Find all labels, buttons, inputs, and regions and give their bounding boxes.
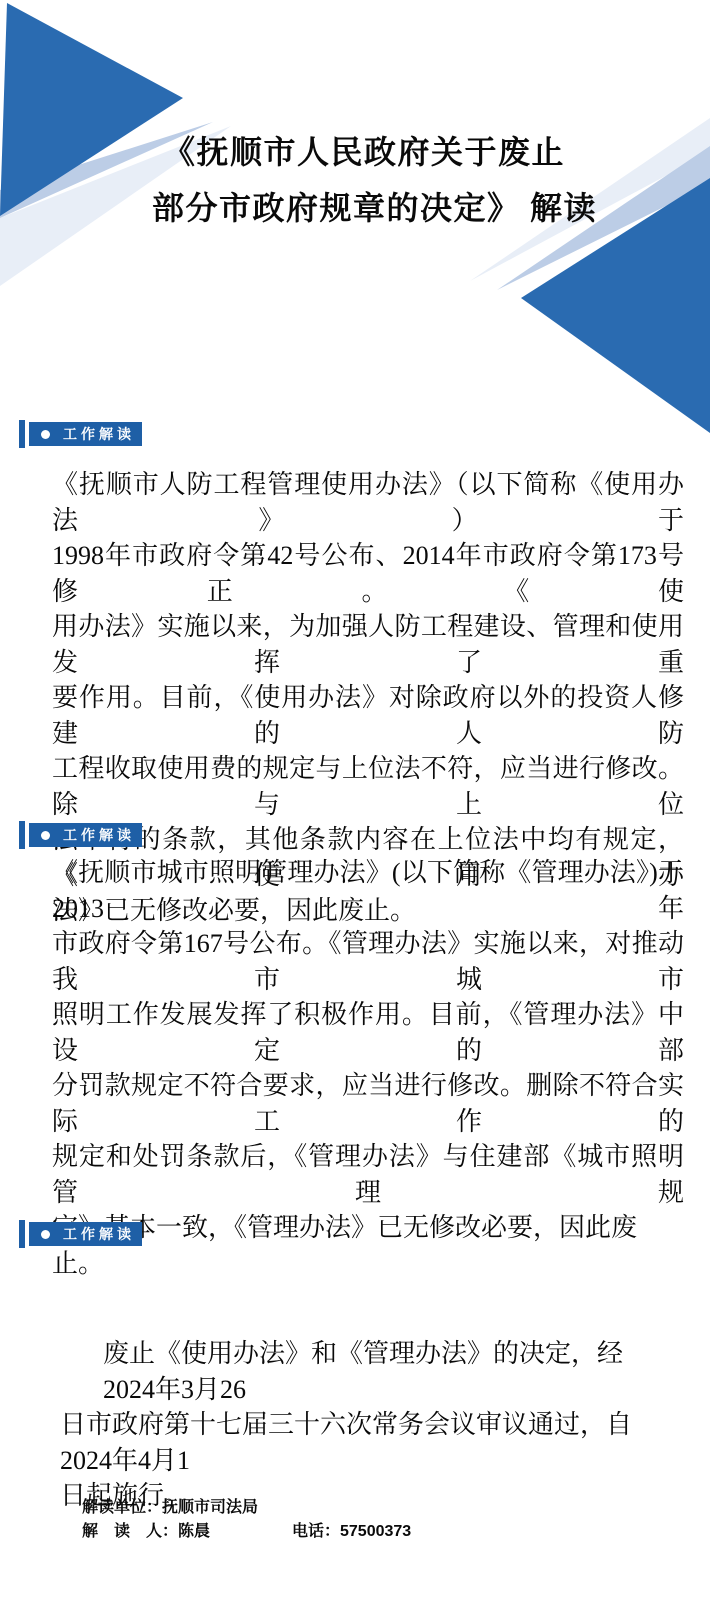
footer-unit-line: 解读单位：抚顺市司法局 [82,1496,642,1520]
paragraph-line: 分罚款规定不符合要求，应当进行修改。删除不符合实际工作的 [52,1068,684,1139]
paragraph-line: 要作用。目前，《使用办法》对除政府以外的投资人修建的人防 [52,680,684,751]
paragraph-line: 《抚顺市城市照明管理办法》(以下简称《管理办法》)于2013年 [52,855,684,926]
bullet-dot-icon [41,831,50,840]
page: 《抚顺市人民政府关于废止 部分市政府规章的决定》 解读 工作解读 《抚顺市人防工… [0,0,710,1600]
paragraph-line: 1998年市政府令第42号公布、2014年市政府令第173号修正。《使 [52,538,684,609]
paragraph-line: 市政府令第167号公布。《管理办法》实施以来，对推动我市城市 [52,926,684,997]
badge-label: 工作解读 [63,828,135,842]
badge-label: 工作解读 [63,1227,135,1241]
header-decoration [0,0,710,470]
paragraph-line: 照明工作发展发挥了积极作用。目前，《管理办法》中设定的部 [52,997,684,1068]
badge-box: 工作解读 [29,1222,142,1246]
section-badge-1: 工作解读 [19,420,142,448]
badge-box: 工作解读 [29,823,142,847]
footer-person-line: 解 读 人：陈晨 电话：57500373 [82,1520,642,1544]
section-badge-3: 工作解读 [19,1220,142,1248]
footer-phone: 电话：57500373 [292,1520,411,1544]
paragraph-2: 《抚顺市城市照明管理办法》(以下简称《管理办法》)于2013年市政府令第167号… [52,855,684,1281]
paragraph-line: 日市政府第十七届三十六次常务会议审议通过，自2024年4月1 [60,1407,672,1478]
paragraph-line: 规定和处罚条款后，《管理办法》与住建部《城市照明管理规 [52,1139,684,1210]
footer: 解读单位：抚顺市司法局 解 读 人：陈晨 电话：57500373 [82,1496,642,1543]
paragraph-line: 废止《使用办法》和《管理办法》的决定，经2024年3月26 [60,1336,672,1407]
badge-box: 工作解读 [29,422,142,446]
paragraph-3: 废止《使用办法》和《管理办法》的决定，经2024年3月26日市政府第十七届三十六… [60,1336,672,1514]
badge-label: 工作解读 [63,427,135,441]
page-title-line-1: 《抚顺市人民政府关于废止 [163,127,565,173]
section-badge-2: 工作解读 [19,821,142,849]
footer-person: 解 读 人：陈晨 [82,1523,210,1540]
bullet-dot-icon [41,1230,50,1239]
badge-accent-bar [19,420,25,448]
paragraph-line: 用办法》实施以来，为加强人防工程建设、管理和使用发挥了重 [52,609,684,680]
badge-accent-bar [19,821,25,849]
paragraph-line: 《抚顺市人防工程管理使用办法》（以下简称《使用办法》）于 [52,467,684,538]
page-title-line-2: 部分市政府规章的决定》 解读 [152,183,597,229]
paragraph-line: 工程收取使用费的规定与上位法不符，应当进行修改。除与上位 [52,751,684,822]
paragraph-line: 定》基本一致，《管理办法》已无修改必要，因此废止。 [52,1210,684,1281]
bullet-dot-icon [41,430,50,439]
badge-accent-bar [19,1220,25,1248]
